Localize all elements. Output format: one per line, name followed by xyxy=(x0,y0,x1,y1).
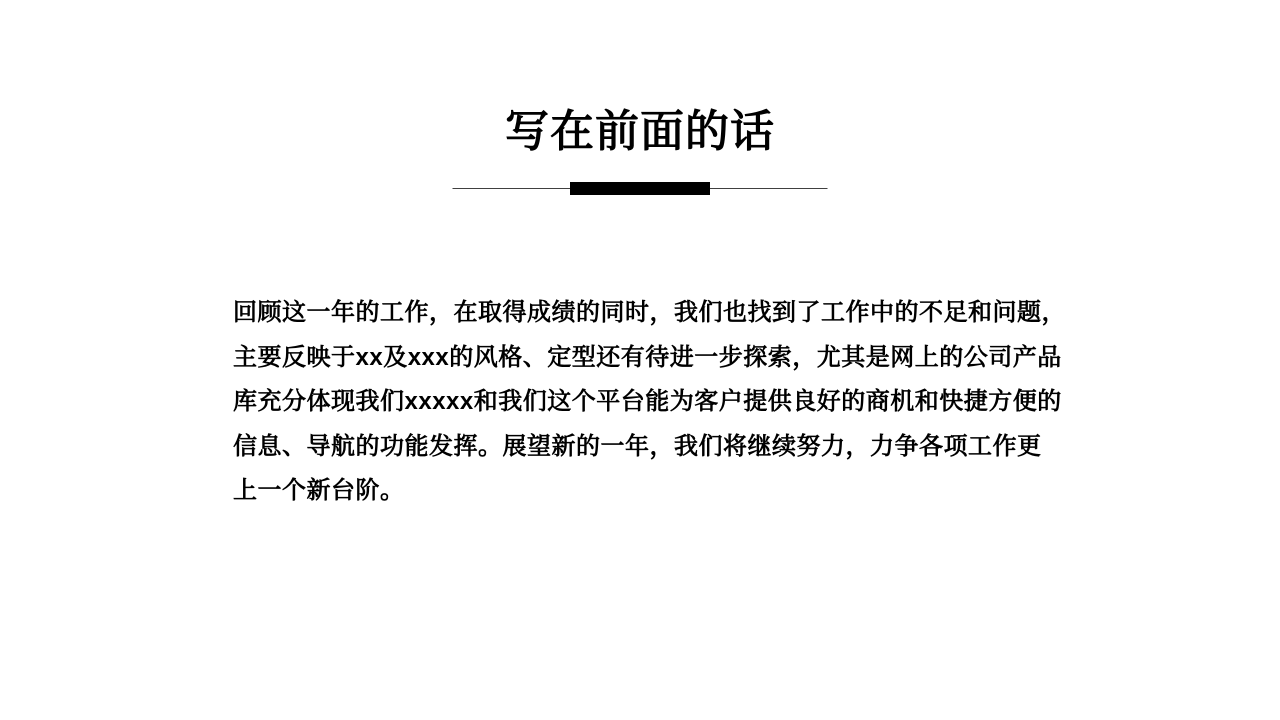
body-paragraph: 回顾这一年的工作，在取得成绩的同时，我们也找到了工作中的不足和问题， 主要反映于… xyxy=(233,291,1093,514)
body-line: 库充分体现我们xxxxx和我们这个平台能为客户提供良好的商机和快捷方便的 xyxy=(233,380,1093,425)
title-divider xyxy=(0,175,1280,205)
divider-accent-bar xyxy=(570,182,710,195)
body-line: 主要反映于xx及xxx的风格、定型还有待进一步探索，尤其是网上的公司产品 xyxy=(233,336,1093,381)
body-line: 回顾这一年的工作，在取得成绩的同时，我们也找到了工作中的不足和问题， xyxy=(233,291,1093,336)
body-line: 上一个新台阶。 xyxy=(233,469,1093,514)
slide-title: 写在前面的话 xyxy=(0,108,1280,156)
body-line: 信息、导航的功能发挥。展望新的一年，我们将继续努力，力争各项工作更 xyxy=(233,425,1093,470)
slide-canvas: 写在前面的话 回顾这一年的工作，在取得成绩的同时，我们也找到了工作中的不足和问题… xyxy=(0,0,1280,720)
